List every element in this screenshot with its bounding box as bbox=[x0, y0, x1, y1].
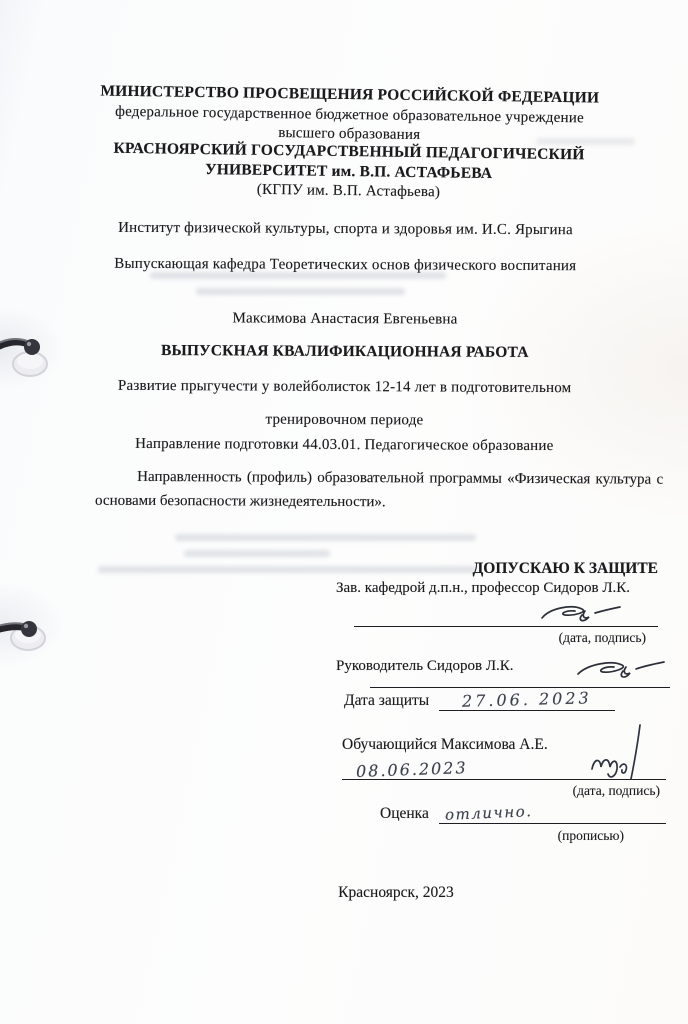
student-date-signature-caption: (дата, подпись) bbox=[342, 783, 666, 799]
supervisor-signature bbox=[572, 656, 668, 684]
head-of-department-line: Зав. кафедрой д.п.н., профессор Сидоров … bbox=[336, 580, 658, 597]
grade-caption: (прописью) bbox=[342, 828, 666, 844]
defense-date-value: 27.06. 2023 bbox=[462, 688, 592, 710]
defense-date-label: Дата защиты bbox=[344, 692, 429, 710]
grade-value: отлично. bbox=[444, 802, 532, 824]
supervisor-line: Руководитель Сидоров Л.К. bbox=[336, 658, 514, 674]
document-page: МИНИСТЕРСТВО ПРОСВЕЩЕНИЯ РОССИЙСКОЙ ФЕДЕ… bbox=[0, 0, 688, 1024]
city-year-footer: Красноярск, 2023 bbox=[112, 884, 680, 902]
signature-line bbox=[354, 597, 658, 627]
scanned-thesis-title-page: { "page": { "header": { "ministry": "МИН… bbox=[0, 0, 688, 1024]
approval-heading: ДОПУСКАЮ К ЗАЩИТЕ bbox=[336, 560, 658, 578]
defense-date-row: Дата защиты 27.06. 2023 bbox=[344, 690, 615, 711]
grade-row: Оценка отлично. bbox=[342, 804, 666, 824]
date-signature-caption: (дата, подпись) bbox=[336, 630, 658, 646]
head-signature bbox=[538, 602, 624, 626]
student-date-value: 08.06.2023 bbox=[356, 758, 468, 781]
student-signature bbox=[584, 723, 656, 785]
signature-line bbox=[370, 687, 670, 688]
student-block: Обучающийся Максимова А.Е. 08.06.2023 (д… bbox=[342, 736, 666, 844]
grade-label: Оценка bbox=[380, 805, 429, 823]
